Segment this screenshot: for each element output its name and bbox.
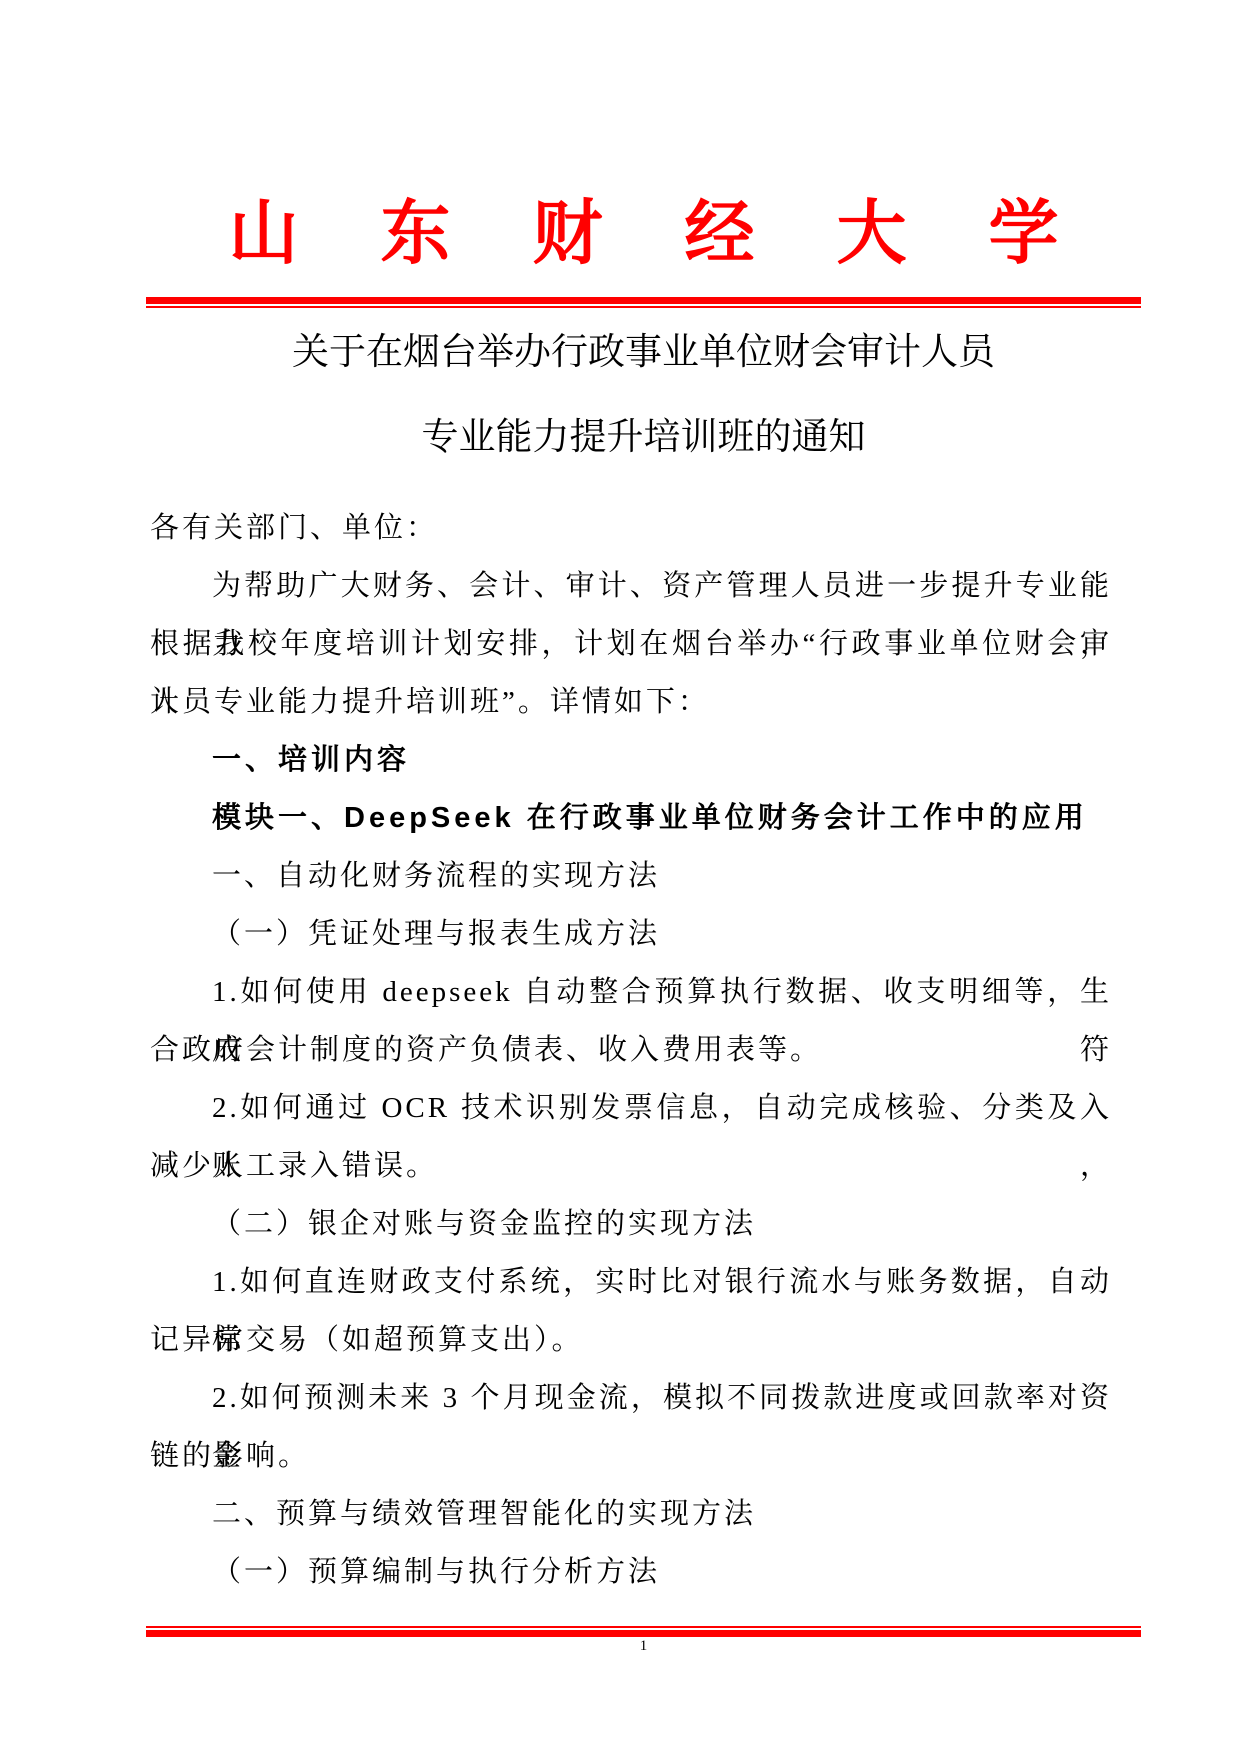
page-number: 1 (146, 1638, 1141, 1655)
footer-rule-thick (146, 1630, 1141, 1637)
body-line-salutation: 各有关部门、单位： (150, 499, 1112, 557)
body-line: （一）凭证处理与报表生成方法 (150, 905, 1112, 963)
notice-title-line1: 关于在烟台举办行政事业单位财会审计人员 (146, 334, 1141, 373)
university-name-char: 山 (229, 200, 299, 270)
notice-body: 各有关部门、单位： 为帮助广大财务、会计、审计、资产管理人员进一步提升专业能力，… (150, 499, 1112, 1601)
footer-rule (146, 1626, 1141, 1637)
letterhead-rule-thick (146, 297, 1141, 304)
body-line: 一、自动化财务流程的实现方法 (150, 847, 1112, 905)
university-name-char: 大 (837, 200, 907, 270)
body-heading-section1: 一、培训内容 (150, 731, 1112, 789)
body-line: 二、预算与绩效管理智能化的实现方法 (150, 1485, 1112, 1543)
body-line: 根据我校年度培训计划安排，计划在烟台举办“行政事业单位财会审计 (150, 615, 1112, 673)
body-line: 链的影响。 (150, 1427, 1112, 1485)
university-name-char: 学 (989, 200, 1059, 270)
body-line: 为帮助广大财务、会计、审计、资产管理人员进一步提升专业能力， (150, 557, 1112, 615)
university-name-char: 东 (381, 200, 451, 270)
body-line: 1.如何使用 deepseek 自动整合预算执行数据、收支明细等，生成符 (150, 963, 1112, 1021)
body-line: （一）预算编制与执行分析方法 (150, 1543, 1112, 1601)
university-name-char: 财 (533, 200, 603, 270)
document-page: 山 东 财 经 大 学 关于在烟台举办行政事业单位财会审计人员 专业能力提升培训… (0, 0, 1241, 1755)
university-name-char: 经 (685, 200, 755, 270)
body-line: （二）银企对账与资金监控的实现方法 (150, 1195, 1112, 1253)
body-line: 2.如何通过 OCR 技术识别发票信息，自动完成核验、分类及入账， (150, 1079, 1112, 1137)
body-line: 记异常交易（如超预算支出）。 (150, 1311, 1112, 1369)
letterhead-rule-thin (146, 306, 1141, 308)
notice-title-line2: 专业能力提升培训班的通知 (146, 419, 1141, 458)
body-line: 1.如何直连财政支付系统，实时比对银行流水与账务数据，自动标 (150, 1253, 1112, 1311)
body-line: 人员专业能力提升培训班”。详情如下： (150, 673, 1112, 731)
body-line: 2.如何预测未来 3 个月现金流，模拟不同拨款进度或回款率对资金 (150, 1369, 1112, 1427)
university-name: 山 东 财 经 大 学 (146, 200, 1141, 270)
body-heading-module1: 模块一、DeepSeek 在行政事业单位财务会计工作中的应用 (150, 789, 1112, 847)
letterhead-rule (146, 297, 1141, 308)
